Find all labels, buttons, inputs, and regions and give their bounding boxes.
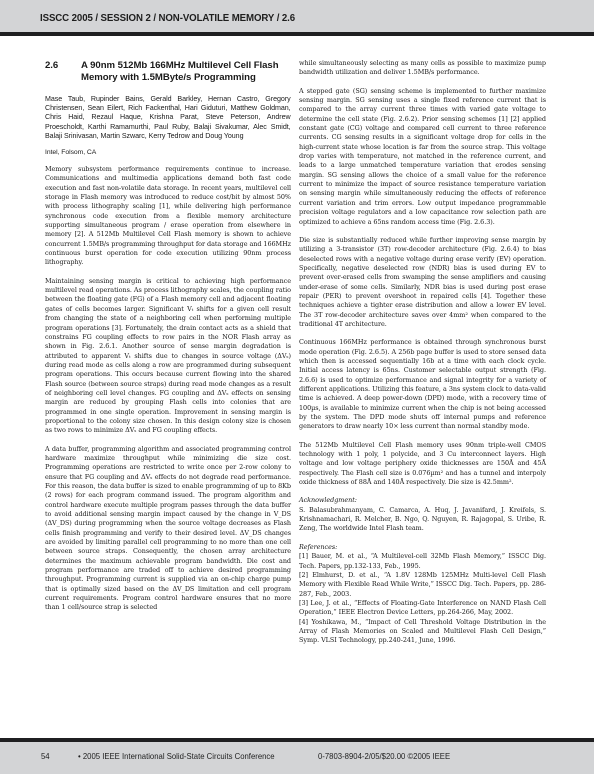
left-column: 2.6 A 90nm 512Mb 166MHz Multilevel Cell … xyxy=(45,60,291,622)
reference-list: [1] Bauer, M. et al., “A Multilevel-cell… xyxy=(299,552,546,645)
body-paragraph: Continuous 166MHz performance is obtaine… xyxy=(299,338,546,431)
right-column: while simultaneously selecting as many c… xyxy=(299,59,546,646)
body-paragraph: Maintaining sensing margin is critical t… xyxy=(45,277,291,436)
body-paragraph: The 512Mb Multilevel Cell Flash memory u… xyxy=(299,441,546,488)
body-paragraph: A stepped gate (SG) sensing scheme is im… xyxy=(299,87,546,227)
running-header: ISSCC 2005 / SESSION 2 / NON-VOLATILE ME… xyxy=(0,0,594,32)
affiliation: Intel, Folsom, CA xyxy=(45,148,291,157)
running-footer: 54 • 2005 IEEE International Solid-State… xyxy=(0,742,594,774)
paper-title-block: 2.6 A 90nm 512Mb 166MHz Multilevel Cell … xyxy=(45,60,291,84)
reference-item: [3] Lee, J. et al., “Effects of Floating… xyxy=(299,599,546,618)
reference-item: [1] Bauer, M. et al., “A Multilevel-cell… xyxy=(299,552,546,571)
body-paragraph: while simultaneously selecting as many c… xyxy=(299,59,546,78)
reference-item: [4] Yoshikawa, M., “Impact of Cell Thres… xyxy=(299,618,546,646)
body-paragraph: Die size is substantially reduced while … xyxy=(299,236,546,329)
acknowledgment-text: S. Balasubrahmanyam, C. Camarca, A. Huq,… xyxy=(299,506,546,534)
references-heading: References: xyxy=(299,543,546,552)
copyright-notice: 0-7803-8904-2/05/$20.00 ©2005 IEEE xyxy=(318,751,450,761)
body-paragraph: A data buffer, programming algorithm and… xyxy=(45,445,291,613)
acknowledgment-heading: Acknowledgment: xyxy=(299,496,546,505)
page-number: 54 xyxy=(41,751,50,761)
section-number: 2.6 xyxy=(45,60,81,84)
header-rule xyxy=(0,32,594,36)
conference-name: • 2005 IEEE International Solid-State Ci… xyxy=(78,751,275,761)
author-list: Mase Taub, Rupinder Bains, Gerald Barkle… xyxy=(45,94,291,140)
running-title: ISSCC 2005 / SESSION 2 / NON-VOLATILE ME… xyxy=(40,12,295,24)
body-paragraph: Memory subsystem performance requirement… xyxy=(45,165,291,268)
reference-item: [2] Elmhurst, D. et al., “A 1.8V 128Mb 1… xyxy=(299,571,546,599)
paper-title: A 90nm 512Mb 166MHz Multilevel Cell Flas… xyxy=(81,60,291,84)
